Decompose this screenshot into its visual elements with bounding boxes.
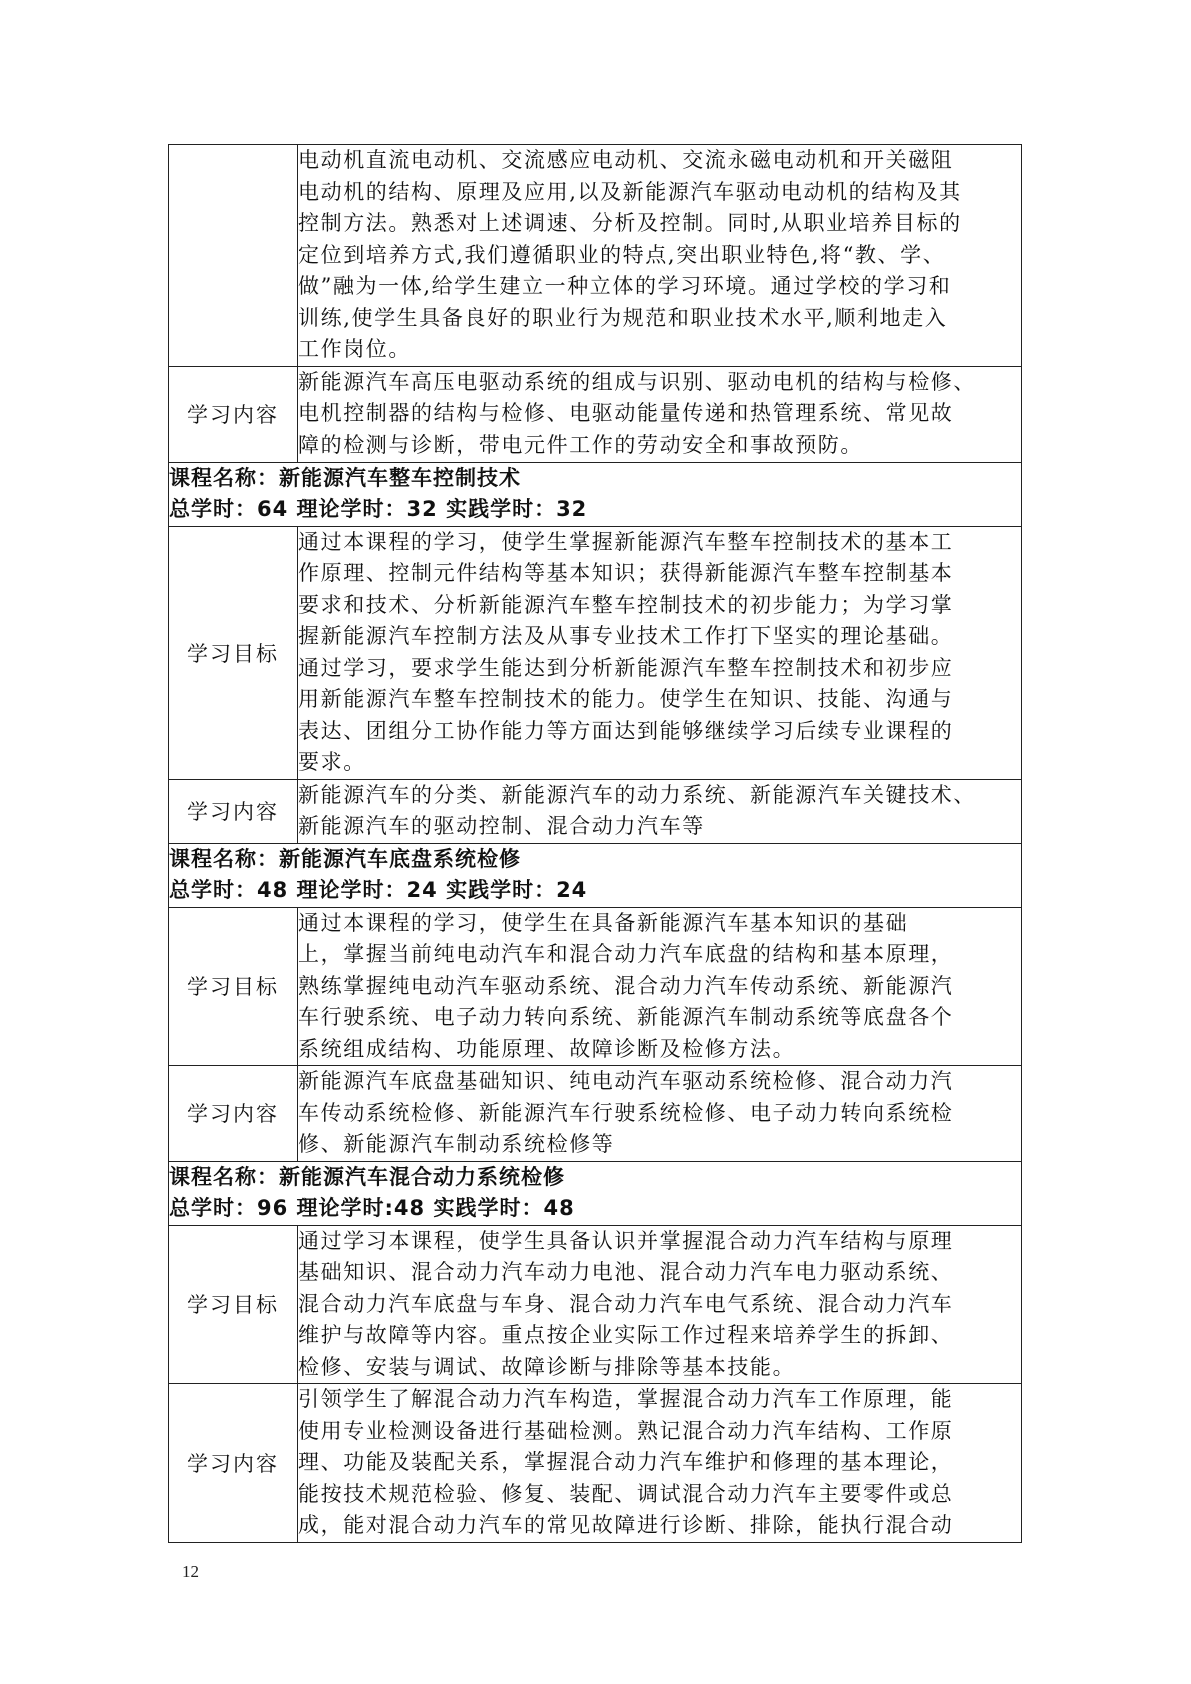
- text-line: 维护与故障等内容。重点按企业实际工作过程来培养学生的拆卸、: [298, 1320, 1021, 1352]
- course-name: 课程名称：新能源汽车底盘系统检修: [169, 844, 1021, 876]
- objective-text: 通过本课程的学习，使学生在具备新能源汽车基本知识的基础 上，掌握当前纯电动汽车和…: [298, 907, 1022, 1066]
- course-name: 课程名称：新能源汽车混合动力系统检修: [169, 1162, 1021, 1194]
- course-header-row: 课程名称：新能源汽车底盘系统检修 总学时：48 理论学时：24 实践学时：24: [169, 843, 1022, 907]
- text-line: 上，掌握当前纯电动汽车和混合动力汽车底盘的结构和基本原理，: [298, 939, 1021, 971]
- text-line: 电动机直流电动机、交流感应电动机、交流永磁电动机和开关磁阻: [298, 145, 1021, 177]
- course-header: 课程名称：新能源汽车混合动力系统检修 总学时：96 理论学时:48 实践学时：4…: [169, 1161, 1022, 1225]
- text-line: 新能源汽车的驱动控制、混合动力汽车等: [298, 811, 1021, 843]
- continued-content-row: 学习内容 新能源汽车高压电驱动系统的组成与识别、驱动电机的结构与检修、 电机控制…: [169, 366, 1022, 462]
- text-line: 理、功能及装配关系，掌握混合动力汽车维护和修理的基本理论，: [298, 1447, 1021, 1479]
- content-text: 引领学生了解混合动力汽车构造，掌握混合动力汽车工作原理，能 使用专业检测设备进行…: [298, 1384, 1022, 1543]
- content-label: 学习内容: [169, 1066, 298, 1162]
- objective-row: 学习目标 通过本课程的学习，使学生在具备新能源汽车基本知识的基础 上，掌握当前纯…: [169, 907, 1022, 1066]
- course-header: 课程名称：新能源汽车底盘系统检修 总学时：48 理论学时：24 实践学时：24: [169, 843, 1022, 907]
- text-line: 混合动力汽车底盘与车身、混合动力汽车电气系统、混合动力汽车: [298, 1289, 1021, 1321]
- course-header-row: 课程名称：新能源汽车整车控制技术 总学时：64 理论学时：32 实践学时：32: [169, 462, 1022, 526]
- text-line: 系统组成结构、功能原理、故障诊断及检修方法。: [298, 1034, 1021, 1066]
- content-row: 学习内容 新能源汽车底盘基础知识、纯电动汽车驱动系统检修、混合动力汽 车传动系统…: [169, 1066, 1022, 1162]
- content-text: 新能源汽车的分类、新能源汽车的动力系统、新能源汽车关键技术、 新能源汽车的驱动控…: [298, 779, 1022, 843]
- text-line: 工作岗位。: [298, 334, 1021, 366]
- text-line: 熟练掌握纯电动汽车驱动系统、混合动力汽车传动系统、新能源汽: [298, 971, 1021, 1003]
- objective-label: 学习目标: [169, 907, 298, 1066]
- text-line: 要求。: [298, 747, 1021, 779]
- text-line: 引领学生了解混合动力汽车构造，掌握混合动力汽车工作原理，能: [298, 1384, 1021, 1416]
- text-line: 作原理、控制元件结构等基本知识；获得新能源汽车整车控制基本: [298, 558, 1021, 590]
- text-line: 做”融为一体,给学生建立一种立体的学习环境。通过学校的学习和: [298, 271, 1021, 303]
- continued-content-text: 新能源汽车高压电驱动系统的组成与识别、驱动电机的结构与检修、 电机控制器的结构与…: [298, 366, 1022, 462]
- empty-label-cell: [169, 145, 298, 367]
- text-line: 新能源汽车的分类、新能源汽车的动力系统、新能源汽车关键技术、: [298, 780, 1021, 812]
- objective-text: 通过学习本课程，使学生具备认识并掌握混合动力汽车结构与原理 基础知识、混合动力汽…: [298, 1225, 1022, 1384]
- content-row: 学习内容 引领学生了解混合动力汽车构造，掌握混合动力汽车工作原理，能 使用专业检…: [169, 1384, 1022, 1543]
- objective-label: 学习目标: [169, 526, 298, 779]
- text-line: 成，能对混合动力汽车的常见故障进行诊断、排除，能执行混合动: [298, 1510, 1021, 1542]
- text-line: 握新能源汽车控制方法及从事专业技术工作打下坚实的理论基础。: [298, 621, 1021, 653]
- content-label: 学习内容: [169, 1384, 298, 1543]
- content-text: 新能源汽车底盘基础知识、纯电动汽车驱动系统检修、混合动力汽 车传动系统检修、新能…: [298, 1066, 1022, 1162]
- text-line: 使用专业检测设备进行基础检测。熟记混合动力汽车结构、工作原: [298, 1416, 1021, 1448]
- course-name: 课程名称：新能源汽车整车控制技术: [169, 463, 1021, 495]
- text-line: 表达、团组分工协作能力等方面达到能够继续学习后续专业课程的: [298, 716, 1021, 748]
- text-line: 新能源汽车底盘基础知识、纯电动汽车驱动系统检修、混合动力汽: [298, 1066, 1021, 1098]
- text-line: 定位到培养方式,我们遵循职业的特点,突出职业特色,将“教、学、: [298, 240, 1021, 272]
- content-label: 学习内容: [169, 366, 298, 462]
- text-line: 修、新能源汽车制动系统检修等: [298, 1129, 1021, 1161]
- content-row: 学习内容 新能源汽车的分类、新能源汽车的动力系统、新能源汽车关键技术、 新能源汽…: [169, 779, 1022, 843]
- text-line: 控制方法。熟悉对上述调速、分析及控制。同时,从职业培养目标的: [298, 208, 1021, 240]
- text-line: 新能源汽车高压电驱动系统的组成与识别、驱动电机的结构与检修、: [298, 367, 1021, 399]
- content-label: 学习内容: [169, 779, 298, 843]
- text-line: 通过本课程的学习，使学生在具备新能源汽车基本知识的基础: [298, 908, 1021, 940]
- text-line: 检修、安装与调试、故障诊断与排除等基本技能。: [298, 1352, 1021, 1384]
- course-hours: 总学时：96 理论学时:48 实践学时：48: [169, 1193, 1021, 1225]
- text-line: 车传动系统检修、新能源汽车行驶系统检修、电子动力转向系统检: [298, 1098, 1021, 1130]
- text-line: 障的检测与诊断，带电元件工作的劳动安全和事故预防。: [298, 430, 1021, 462]
- continued-objective-text: 电动机直流电动机、交流感应电动机、交流永磁电动机和开关磁阻 电动机的结构、原理及…: [298, 145, 1022, 367]
- continued-objective-row: 电动机直流电动机、交流感应电动机、交流永磁电动机和开关磁阻 电动机的结构、原理及…: [169, 145, 1022, 367]
- text-line: 通过学习本课程，使学生具备认识并掌握混合动力汽车结构与原理: [298, 1226, 1021, 1258]
- text-line: 电动机的结构、原理及应用,以及新能源汽车驱动电动机的结构及其: [298, 177, 1021, 209]
- page-number: 12: [182, 1562, 199, 1582]
- text-line: 车行驶系统、电子动力转向系统、新能源汽车制动系统等底盘各个: [298, 1002, 1021, 1034]
- text-line: 训练,使学生具备良好的职业行为规范和职业技术水平,顺利地走入: [298, 303, 1021, 335]
- objective-row: 学习目标 通过本课程的学习，使学生掌握新能源汽车整车控制技术的基本工 作原理、控…: [169, 526, 1022, 779]
- objective-label: 学习目标: [169, 1225, 298, 1384]
- objective-row: 学习目标 通过学习本课程，使学生具备认识并掌握混合动力汽车结构与原理 基础知识、…: [169, 1225, 1022, 1384]
- course-hours: 总学时：48 理论学时：24 实践学时：24: [169, 875, 1021, 907]
- text-line: 能按技术规范检验、修复、装配、调试混合动力汽车主要零件或总: [298, 1479, 1021, 1511]
- course-header-row: 课程名称：新能源汽车混合动力系统检修 总学时：96 理论学时:48 实践学时：4…: [169, 1161, 1022, 1225]
- objective-text: 通过本课程的学习，使学生掌握新能源汽车整车控制技术的基本工 作原理、控制元件结构…: [298, 526, 1022, 779]
- text-line: 基础知识、混合动力汽车动力电池、混合动力汽车电力驱动系统、: [298, 1257, 1021, 1289]
- course-table: 电动机直流电动机、交流感应电动机、交流永磁电动机和开关磁阻 电动机的结构、原理及…: [168, 144, 1022, 1543]
- course-hours: 总学时：64 理论学时：32 实践学时：32: [169, 494, 1021, 526]
- text-line: 用新能源汽车整车控制技术的能力。使学生在知识、技能、沟通与: [298, 684, 1021, 716]
- text-line: 要求和技术、分析新能源汽车整车控制技术的初步能力；为学习掌: [298, 590, 1021, 622]
- course-header: 课程名称：新能源汽车整车控制技术 总学时：64 理论学时：32 实践学时：32: [169, 462, 1022, 526]
- text-line: 通过本课程的学习，使学生掌握新能源汽车整车控制技术的基本工: [298, 527, 1021, 559]
- document-page: 电动机直流电动机、交流感应电动机、交流永磁电动机和开关磁阻 电动机的结构、原理及…: [0, 0, 1191, 1684]
- text-line: 电机控制器的结构与检修、电驱动能量传递和热管理系统、常见故: [298, 398, 1021, 430]
- text-line: 通过学习，要求学生能达到分析新能源汽车整车控制技术和初步应: [298, 653, 1021, 685]
